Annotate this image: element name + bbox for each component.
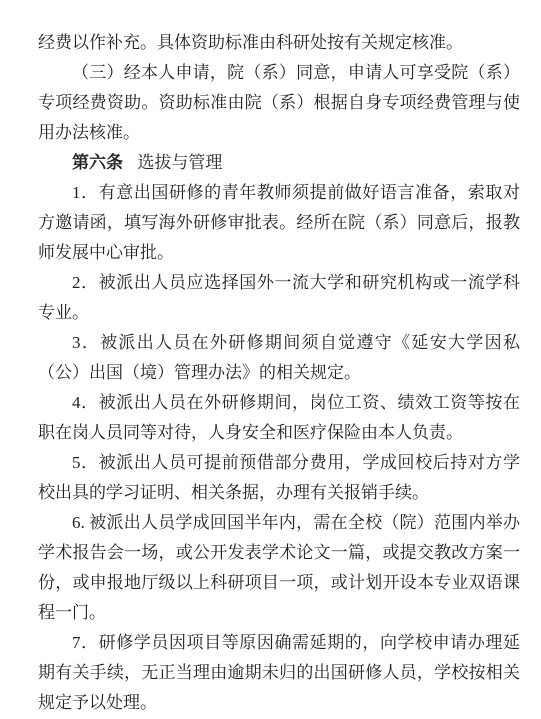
text-line: 职在岗人员同等对待，人身安全和医疗保险由本人负责。: [38, 418, 520, 448]
text-line: 方邀请函，填写海外研修审批表。经所在院（系）同意后，报教: [38, 208, 520, 238]
text-line: 1．有意出国研修的青年教师须提前做好语言准备，索取对: [38, 178, 520, 208]
text-line: 学术报告会一场，或公开发表学术论文一篇，或提交教改方案一: [38, 538, 520, 568]
text-line: 2．被派出人员应选择国外一流大学和研究机构或一流学科: [38, 268, 520, 298]
text-line: 期有关手续，无正当理由逾期未归的出国研修人员，学校按相关: [38, 658, 520, 688]
text-line: 校出具的学习证明、相关条据，办理有关报销手续。: [38, 478, 520, 508]
text-line: 6. 被派出人员学成回国半年内，需在全校（院）范围内举办: [38, 508, 520, 538]
section-heading-number: 第六条: [72, 153, 123, 172]
text-line: （三）经本人申请，院（系）同意，申请人可享受院（系）: [38, 58, 520, 88]
text-line: 5．被派出人员可提前预借部分费用，学成回校后持对方学: [38, 448, 520, 478]
section-heading-title: 选拔与管理: [137, 153, 222, 172]
text-line: 师发展中心审批。: [38, 238, 520, 268]
text-line: 份，或申报地厅级以上科研项目一项，或计划开设本专业双语课: [38, 568, 520, 598]
text-line: 专业。: [38, 298, 520, 328]
text-line: 程一门。: [38, 598, 520, 628]
text-line: 4．被派出人员在外研修期间，岗位工资、绩效工资等按在: [38, 388, 520, 418]
text-line: 7．研修学员因项目等原因确需延期的，向学校申请办理延: [38, 628, 520, 658]
text-line: 专项经费资助。资助标准由院（系）根据自身专项经费管理与使: [38, 88, 520, 118]
text-line: 规定予以处理。: [38, 688, 520, 718]
text-line: （公）出国（境）管理办法》的相关规定。: [38, 358, 520, 388]
text-line: 经费以作补充。具体资助标准由科研处按有关规定核准。: [38, 28, 520, 58]
text-line: 用办法核准。: [38, 118, 520, 148]
section-heading: 第六条选拔与管理: [38, 148, 520, 178]
document-body: 经费以作补充。具体资助标准由科研处按有关规定核准。 （三）经本人申请，院（系）同…: [38, 28, 520, 718]
text-line: 3．被派出人员在外研修期间须自觉遵守《延安大学因私: [38, 328, 520, 358]
document-page: 经费以作补充。具体资助标准由科研处按有关规定核准。 （三）经本人申请，院（系）同…: [0, 0, 541, 719]
